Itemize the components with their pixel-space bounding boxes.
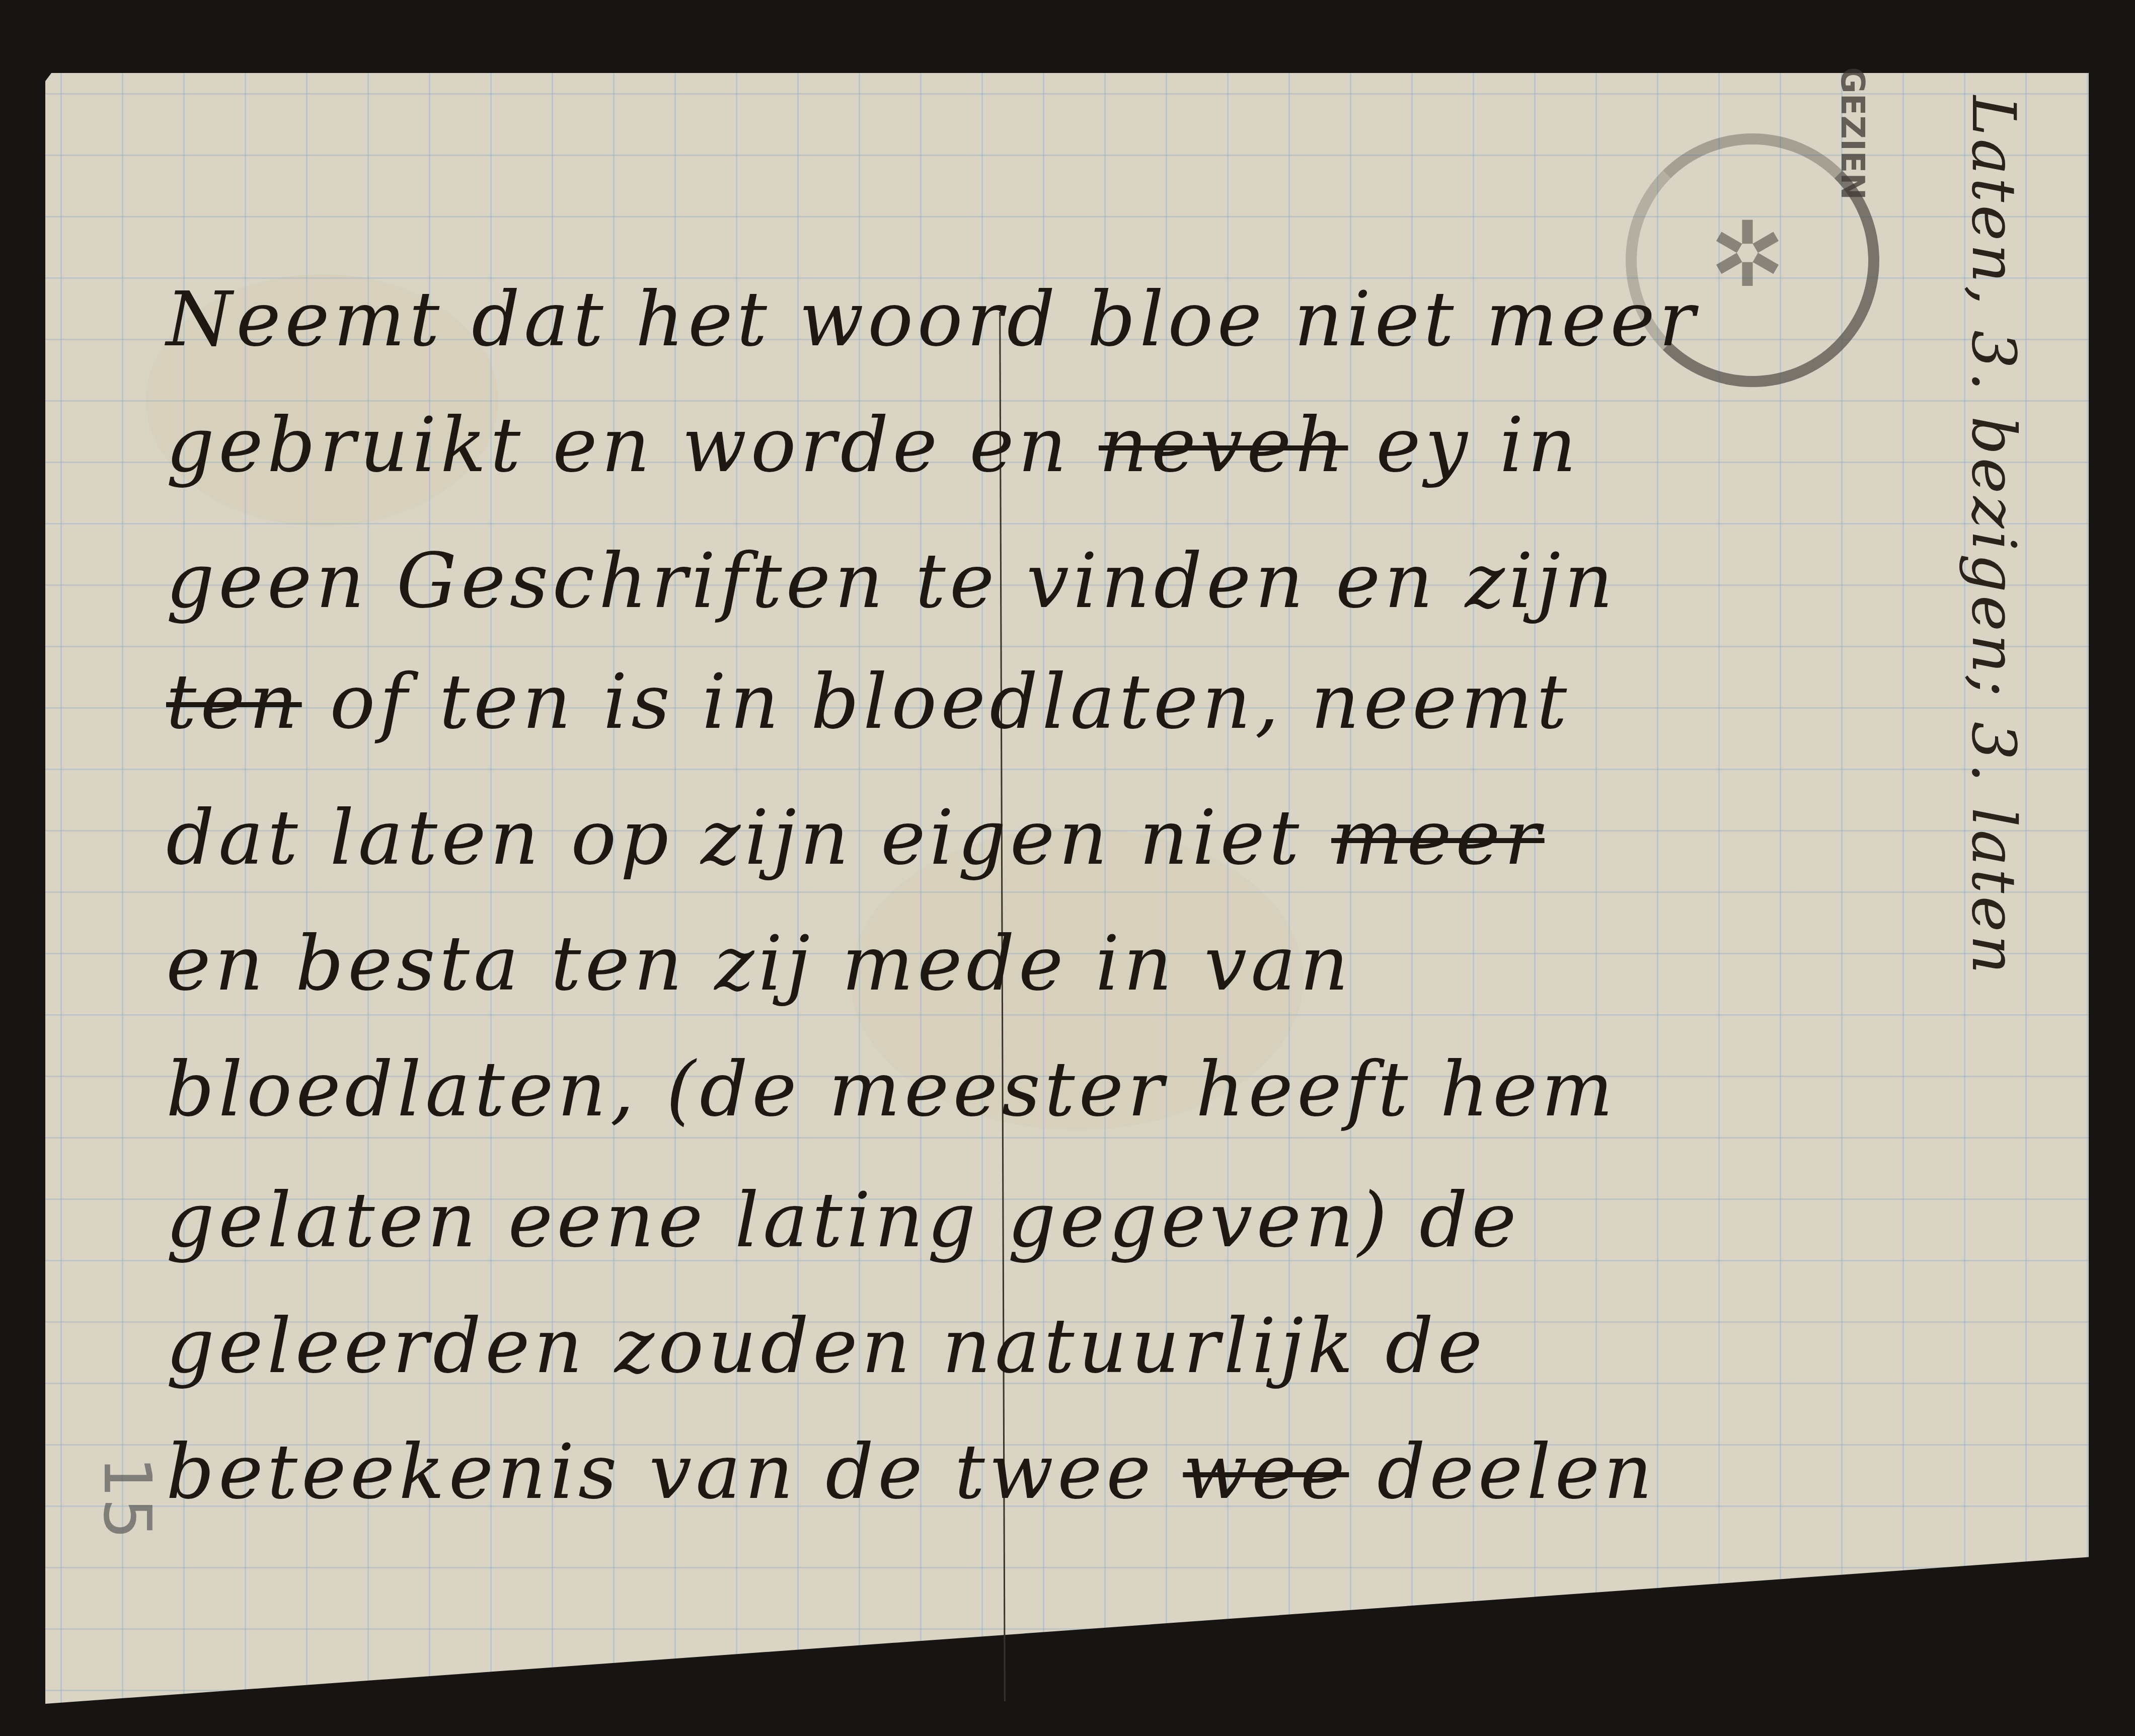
line-text: beteekenis van de twee <box>166 1428 1183 1516</box>
pencil-page-number: 15 <box>89 1456 166 1539</box>
line-text: geen Geschriften te vinden en zijn <box>166 538 1617 625</box>
handwritten-line-6: en besta ten zij mede in van <box>166 926 1352 1002</box>
handwritten-line-5: dat laten op zijn eigen niet meer <box>166 800 1545 876</box>
line-text: en besta ten zij mede in van <box>166 920 1352 1008</box>
line-text: dat laten op zijn eigen niet <box>166 794 1331 882</box>
line-text: gelaten eene lating gegeven) de <box>166 1177 1520 1264</box>
stamp-text: GEZIEN <box>1834 67 1871 200</box>
handwritten-line-2: gebruikt en worde en neveh ey in <box>166 408 1580 483</box>
line-text: deelen <box>1349 1428 1656 1516</box>
line-text: Neemt dat het woord bloe niet meer <box>166 276 1699 363</box>
handwritten-line-3: geen Geschriften te vinden en zijn <box>166 544 1617 619</box>
struck-word: meer <box>1331 794 1544 882</box>
struck-word: neveh <box>1099 402 1348 489</box>
handwritten-line-1: Neemt dat het woord bloe niet meer <box>166 282 1699 357</box>
margin-side-note: Laten, 3. bezigen; 3. laten <box>1958 96 2028 977</box>
handwritten-line-7: bloedlaten, (de meester heeft hem <box>166 1052 1617 1127</box>
handwritten-line-9: geleerden zouden natuurlijk de <box>166 1309 1486 1384</box>
struck-word: wee <box>1183 1428 1349 1516</box>
line-text: gebruikt en worde en <box>166 402 1099 489</box>
stamp-emblem-icon: ✲ <box>1692 200 1803 311</box>
line-text: of ten is in bloedlaten, neemt <box>302 658 1571 746</box>
struck-word: ten <box>166 658 302 746</box>
line-text: geleerden zouden natuurlijk de <box>166 1303 1486 1390</box>
line-text: ey in <box>1348 402 1580 489</box>
handwritten-line-4: ten of ten is in bloedlaten, neemt <box>166 664 1571 740</box>
handwritten-line-8: gelaten eene lating gegeven) de <box>166 1183 1520 1258</box>
line-text: bloedlaten, (de meester heeft hem <box>166 1046 1617 1134</box>
handwritten-line-10: beteekenis van de twee wee deelen <box>166 1435 1656 1510</box>
